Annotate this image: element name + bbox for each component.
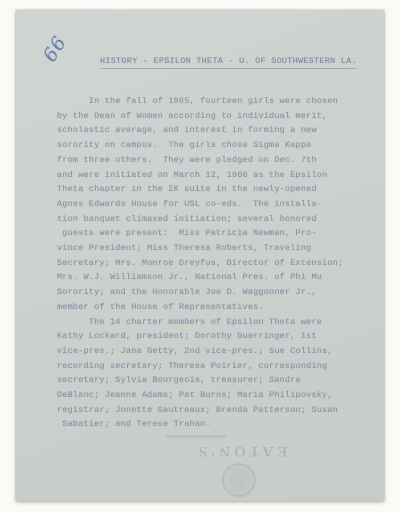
- text-line: vince President; Miss Theresa Roberts, T…: [57, 241, 357, 256]
- text-line: Agnes Edwards House for USL co-eds. The …: [57, 197, 357, 212]
- text-line: tion banquet climaxed initiation; severa…: [57, 212, 357, 227]
- text-line: DeBlanc; Jeanne Adams; Pat Burns; Maria …: [57, 388, 357, 403]
- document-title: HISTORY - EPSILON THETA - U. OF SOUTHWES…: [100, 56, 357, 69]
- watermark-crest-icon: [222, 463, 256, 497]
- text-line: secretary; Sylvia Bourgeois, treasurer; …: [57, 373, 357, 388]
- text-line: The 14 charter members of Epsilon Theta …: [57, 315, 357, 330]
- scan-background: 66 HISTORY - EPSILON THETA - U. OF SOUTH…: [0, 0, 400, 513]
- text-line: Mrs. W.J. Williamson Jr., National Pres.…: [57, 270, 357, 285]
- text-line: registrar; Jonette Gautreaux; Brenda Pat…: [57, 403, 357, 418]
- text-line: member of the House of Representatives.: [57, 300, 357, 315]
- handwritten-mark: 66: [39, 32, 72, 66]
- ink-smudge: [166, 435, 226, 438]
- text-line: from three others. They were pledged on …: [57, 153, 357, 168]
- paper-watermark: EATON'S: [176, 442, 306, 459]
- text-line: guests were present: Miss Patricia Newma…: [57, 226, 357, 241]
- text-line: Kathy Lockard, president; Dorothy Guerri…: [57, 329, 357, 344]
- text-line: and were initiated on March 12, 1966 as …: [57, 168, 357, 183]
- text-line: recording secretary; Theresa Poirier, co…: [57, 359, 357, 374]
- text-line: Sabatier; and Terese Trahan.: [57, 417, 357, 432]
- text-line: Theta chapter in the ΣΚ suite in the new…: [57, 182, 357, 197]
- text-line: Secretary; Mrs. Monroe Dreyfus, Director…: [57, 256, 357, 271]
- text-line: sorority on campus. The girls chose Sigm…: [57, 138, 357, 153]
- text-line: In the fall of 1965, fourteen girls were…: [57, 94, 357, 109]
- document-page: 66 HISTORY - EPSILON THETA - U. OF SOUTH…: [16, 10, 384, 501]
- text-line: Sorority; and the Honorable Joe D. Waggo…: [57, 285, 357, 300]
- text-line: scholastic average, and interest in form…: [57, 123, 357, 138]
- text-line: by the Dean of Women according to indivi…: [57, 109, 357, 124]
- document-body: In the fall of 1965, fourteen girls were…: [57, 94, 357, 432]
- text-line: vice-pres.; Jana Getty, 2nd vice-pres.; …: [57, 344, 357, 359]
